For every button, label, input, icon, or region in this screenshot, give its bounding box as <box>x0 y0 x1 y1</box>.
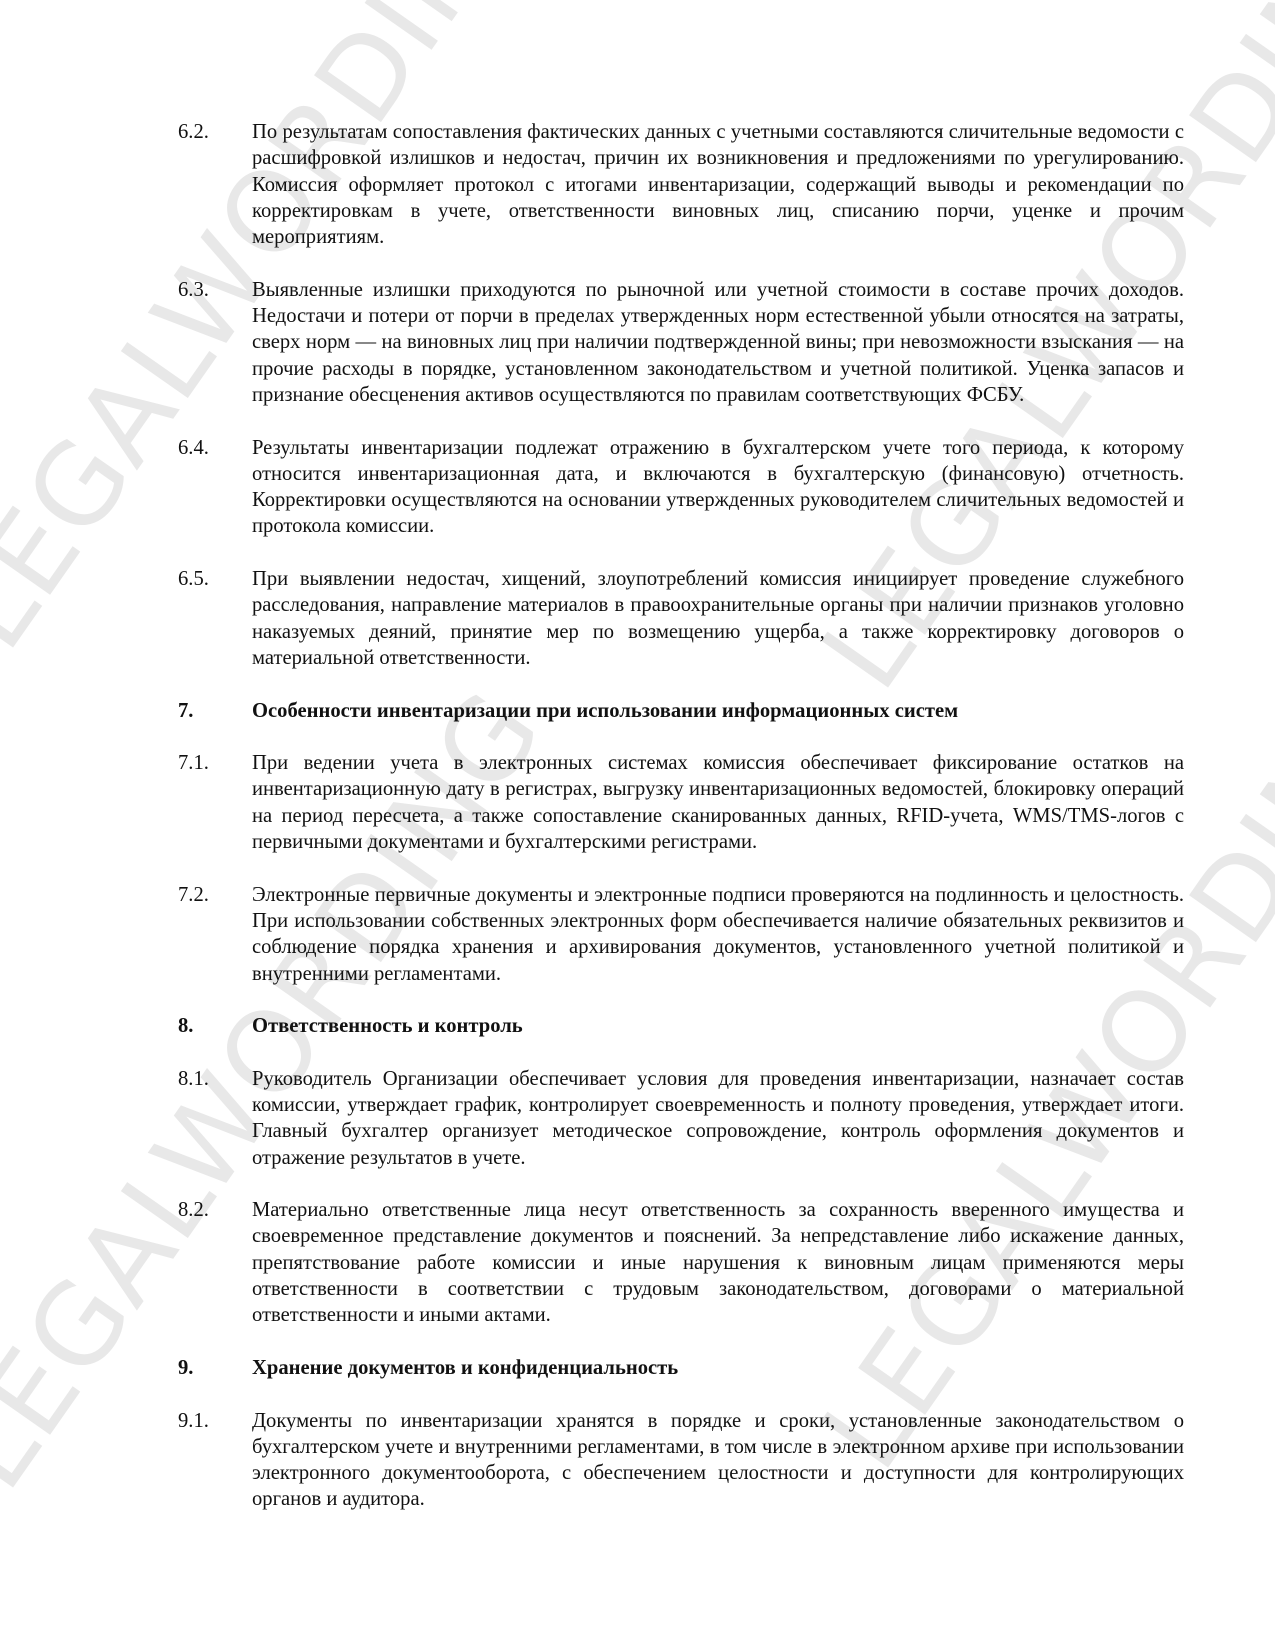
section-title: Особенности инвентаризации при использов… <box>252 698 1184 724</box>
clause-number: 8.1. <box>178 1066 252 1171</box>
clause-text: При ведении учета в электронных системах… <box>252 750 1184 855</box>
clause-9-1: 9.1. Документы по инвентаризации хранятс… <box>178 1408 1184 1513</box>
section-number: 8. <box>178 1013 252 1039</box>
clause-number: 8.2. <box>178 1197 252 1328</box>
clause-text: Руководитель Организации обеспечивает ус… <box>252 1066 1184 1171</box>
clause-number: 6.5. <box>178 566 252 671</box>
clause-8-1: 8.1. Руководитель Организации обеспечива… <box>178 1066 1184 1171</box>
clause-text: Электронные первичные документы и электр… <box>252 882 1184 987</box>
clause-8-2: 8.2. Материально ответственные лица несу… <box>178 1197 1184 1328</box>
clause-number: 9.1. <box>178 1408 252 1513</box>
clause-6-3: 6.3. Выявленные излишки приходуются по р… <box>178 277 1184 408</box>
clause-text: Выявленные излишки приходуются по рыночн… <box>252 277 1184 408</box>
clause-text: Документы по инвентаризации хранятся в п… <box>252 1408 1184 1513</box>
section-number: 9. <box>178 1355 252 1381</box>
document-page: LEGALWORDING LEGALWORDING LEGALWORDING L… <box>0 0 1275 1651</box>
clause-number: 6.3. <box>178 277 252 408</box>
clause-7-1: 7.1. При ведении учета в электронных сис… <box>178 750 1184 855</box>
section-number: 7. <box>178 698 252 724</box>
clause-number: 6.4. <box>178 435 252 540</box>
clause-number: 7.1. <box>178 750 252 855</box>
section-title: Хранение документов и конфиденциальность <box>252 1355 1184 1381</box>
clause-text: По результатам сопоставления фактических… <box>252 119 1184 250</box>
clause-6-2: 6.2. По результатам сопоставления фактич… <box>178 119 1184 250</box>
section-heading-9: 9. Хранение документов и конфиденциально… <box>178 1355 1184 1381</box>
clause-number: 6.2. <box>178 119 252 250</box>
clause-7-2: 7.2. Электронные первичные документы и э… <box>178 882 1184 987</box>
clause-text: При выявлении недостач, хищений, злоупот… <box>252 566 1184 671</box>
section-title: Ответственность и контроль <box>252 1013 1184 1039</box>
clause-6-5: 6.5. При выявлении недостач, хищений, зл… <box>178 566 1184 671</box>
clause-number: 7.2. <box>178 882 252 987</box>
document-body: 6.2. По результатам сопоставления фактич… <box>178 119 1184 1539</box>
clause-6-4: 6.4. Результаты инвентаризации подлежат … <box>178 435 1184 540</box>
section-heading-8: 8. Ответственность и контроль <box>178 1013 1184 1039</box>
clause-text: Материально ответственные лица несут отв… <box>252 1197 1184 1328</box>
clause-text: Результаты инвентаризации подлежат отраж… <box>252 435 1184 540</box>
section-heading-7: 7. Особенности инвентаризации при исполь… <box>178 698 1184 724</box>
